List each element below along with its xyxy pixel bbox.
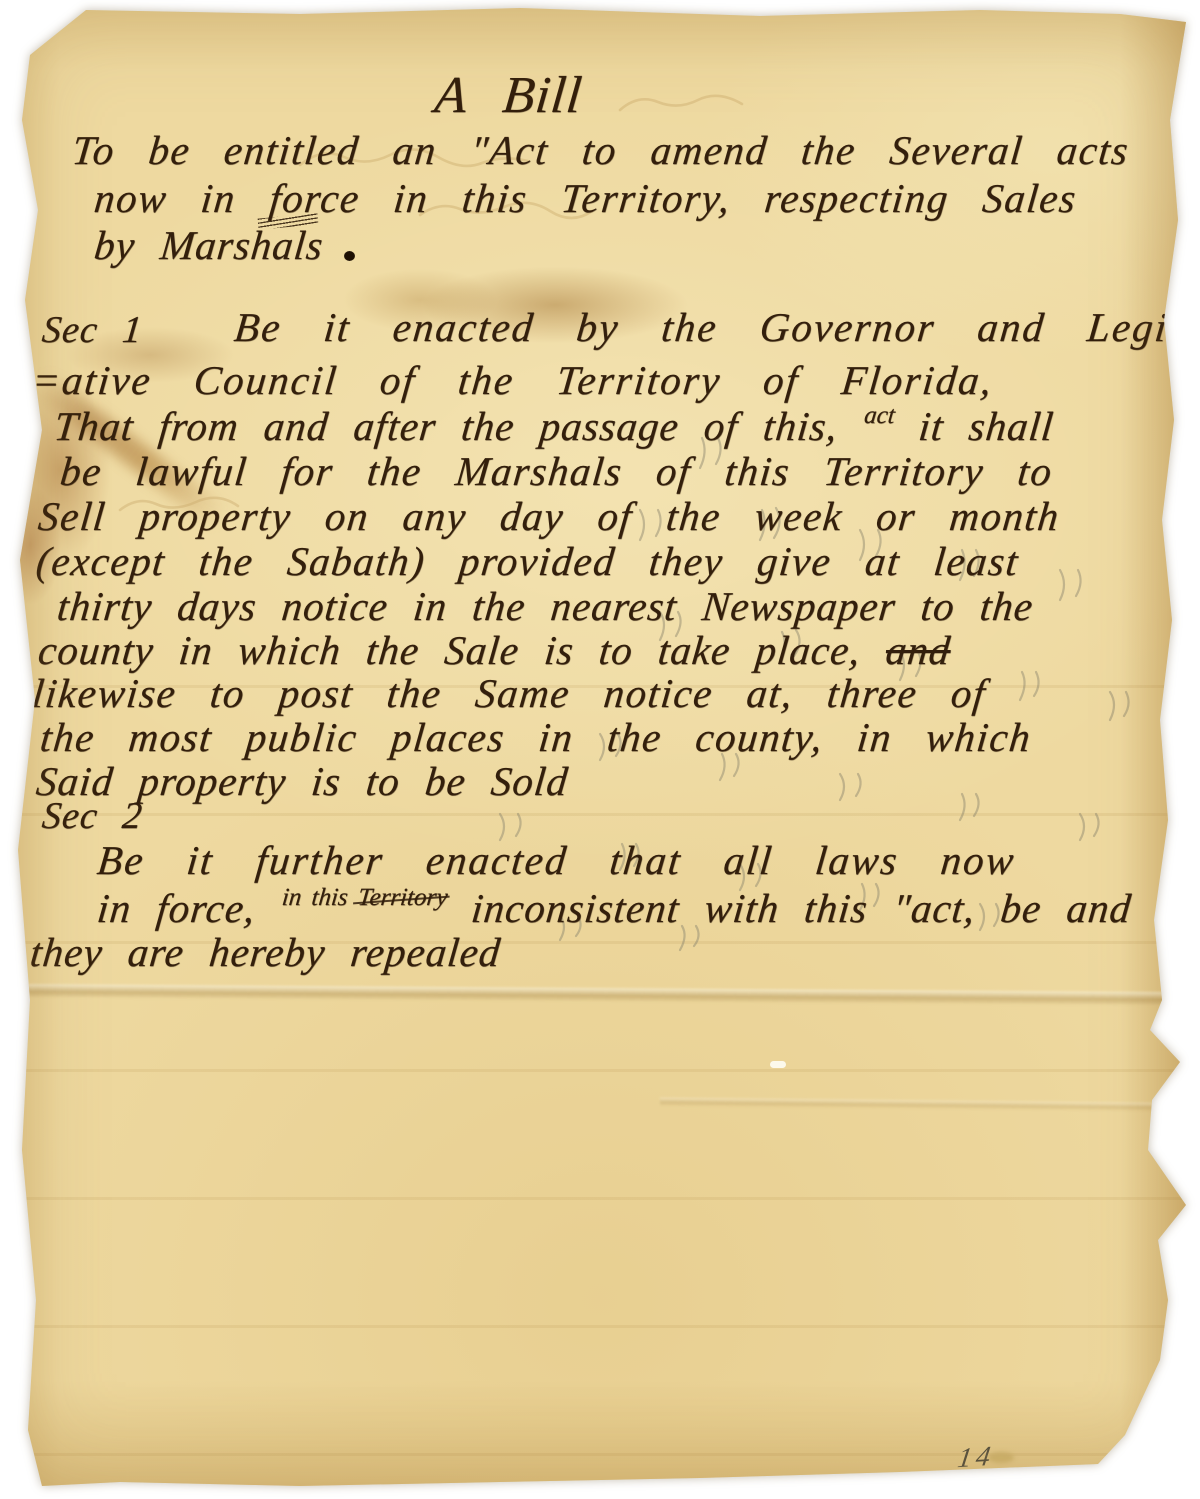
manuscript-paper: A Bill To be entitled an "Act to amend t… xyxy=(0,0,1200,1499)
section-2-line-3: they are hereby repealed xyxy=(28,928,503,976)
paper-shadow: A Bill To be entitled an "Act to amend t… xyxy=(0,0,1200,1499)
section-1-line-4: be lawful for the Marshals of this Terri… xyxy=(58,447,1055,495)
struck-word: and xyxy=(884,627,953,673)
title-line-1: To be entitled an "Act to amend the Seve… xyxy=(70,126,1132,174)
line-text: in force, xyxy=(95,885,258,931)
scanned-document-page: A Bill To be entitled an "Act to amend t… xyxy=(0,0,1200,1499)
interlinear-insertion-territory: in this Territory xyxy=(280,884,448,912)
section-1-line-10: the most public places in the county, in… xyxy=(38,713,1034,761)
paper-fleck xyxy=(770,1061,786,1068)
section-2-line-2: in force, in this Territory inconsistent… xyxy=(95,884,1134,932)
section-1-label: Sec 1 xyxy=(40,308,145,352)
document-title: A Bill xyxy=(432,66,585,125)
section-1-line-5: Sell property on any day of the week or … xyxy=(36,492,1062,540)
ink-blot xyxy=(344,251,355,261)
line-text: it shall xyxy=(917,403,1057,449)
section-1-line-8: county in which the Sale is to take plac… xyxy=(36,626,953,674)
section-1-line-1: Be it enacted by the Governor and Legisl xyxy=(232,303,1200,351)
section-1-line-2: =ative Council of the Territory of Flori… xyxy=(30,356,996,404)
section-1-line-7: thirty days notice in the nearest Newspa… xyxy=(55,582,1036,630)
line-text: That from and after the passage of this, xyxy=(52,403,840,449)
title-line-2: now in force in this Territory, respecti… xyxy=(92,174,1079,222)
title-line-3: by Marshals xyxy=(92,221,326,269)
section-2-line-1: Be it further enacted that all laws now xyxy=(95,836,1018,884)
section-2-label: Sec 2 xyxy=(40,794,145,838)
interlinear-insertion-act: act xyxy=(863,402,896,430)
pencil-smudge xyxy=(988,1452,1014,1463)
line-text: inconsistent with this "act, be and xyxy=(469,885,1134,931)
section-1-line-9: likewise to post the Same notice at, thr… xyxy=(30,669,989,717)
section-1-line-6: (except the Sabath) provided they give a… xyxy=(34,537,1021,585)
line-text: county in which the Sale is to take plac… xyxy=(36,627,863,673)
section-1-line-3: That from and after the passage of this,… xyxy=(52,402,1056,450)
handwritten-text-layer: A Bill To be entitled an "Act to amend t… xyxy=(0,0,1200,1499)
